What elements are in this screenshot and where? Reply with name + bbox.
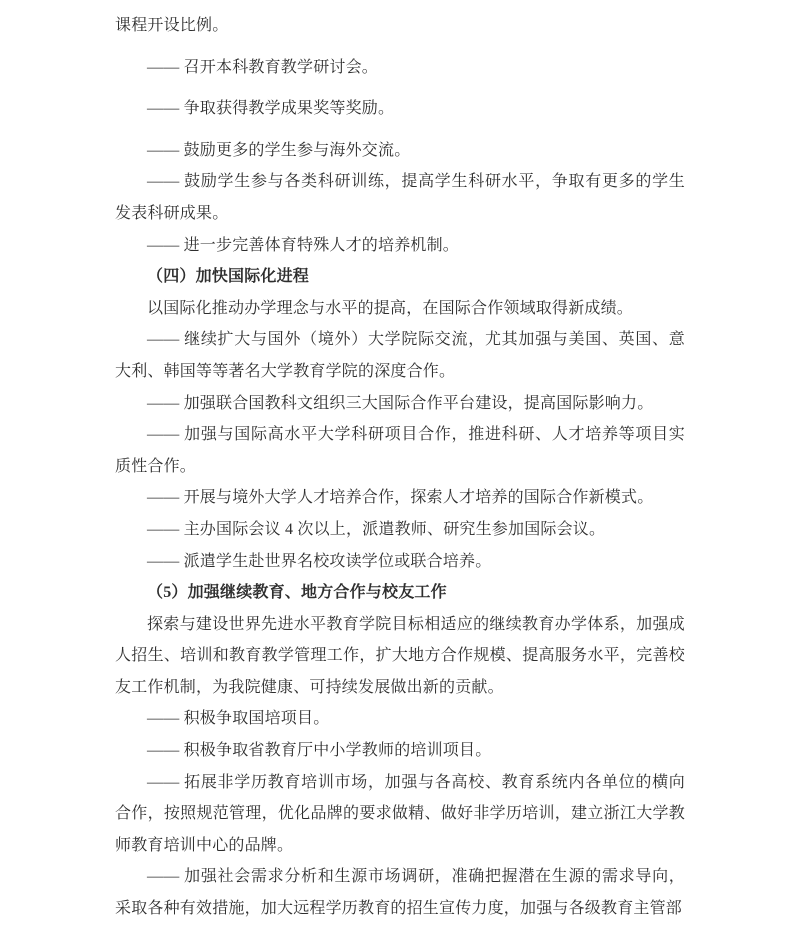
body-paragraph: 探索与建设世界先进水平教育学院目标相适应的继续教育办学体系，加强成人招生、培训和… (115, 609, 685, 704)
section-heading: （5）加强继续教育、地方合作与校友工作 (115, 577, 685, 609)
list-item: —— 拓展非学历教育培训市场，加强与各高校、教育系统内各单位的横向合作，按照规范… (115, 767, 685, 862)
list-item: —— 积极争取国培项目。 (115, 703, 685, 735)
list-item: —— 派遣学生赴世界名校攻读学位或联合培养。 (115, 546, 685, 578)
list-item: —— 继续扩大与国外（境外）大学院际交流，尤其加强与美国、英国、意大利、韩国等等… (115, 324, 685, 387)
body-paragraph: 课程开设比例。 (115, 10, 685, 42)
list-item: —— 加强与国际高水平大学科研项目合作，推进科研、人才培养等项目实质性合作。 (115, 419, 685, 482)
list-item: —— 加强联合国教科文组织三大国际合作平台建设，提高国际影响力。 (115, 388, 685, 420)
list-item: —— 鼓励学生参与各类科研训练，提高学生科研水平，争取有更多的学生发表科研成果。 (115, 166, 685, 229)
list-item: —— 召开本科教育教学研讨会。 (115, 52, 685, 84)
section-heading: （四）加快国际化进程 (115, 261, 685, 293)
list-item: —— 鼓励更多的学生参与海外交流。 (115, 135, 685, 167)
list-item: —— 开展与境外大学人才培养合作，探索人才培养的国际合作新模式。 (115, 482, 685, 514)
list-item: —— 主办国际会议 4 次以上，派遣教师、研究生参加国际会议。 (115, 514, 685, 546)
list-item: —— 加强社会需求分析和生源市场调研，准确把握潜在生源的需求导向，采取各种有效措… (115, 861, 685, 924)
list-item: —— 进一步完善体育特殊人才的培养机制。 (115, 230, 685, 262)
list-item: —— 积极争取省教育厅中小学教师的培训项目。 (115, 735, 685, 767)
body-paragraph: 以国际化推动办学理念与水平的提高，在国际合作领域取得新成绩。 (115, 293, 685, 325)
document-page: 课程开设比例。—— 召开本科教育教学研讨会。—— 争取获得教学成果奖等奖励。——… (0, 0, 799, 937)
list-item: —— 争取获得教学成果奖等奖励。 (115, 93, 685, 125)
document-content: 课程开设比例。—— 召开本科教育教学研讨会。—— 争取获得教学成果奖等奖励。——… (115, 10, 685, 925)
